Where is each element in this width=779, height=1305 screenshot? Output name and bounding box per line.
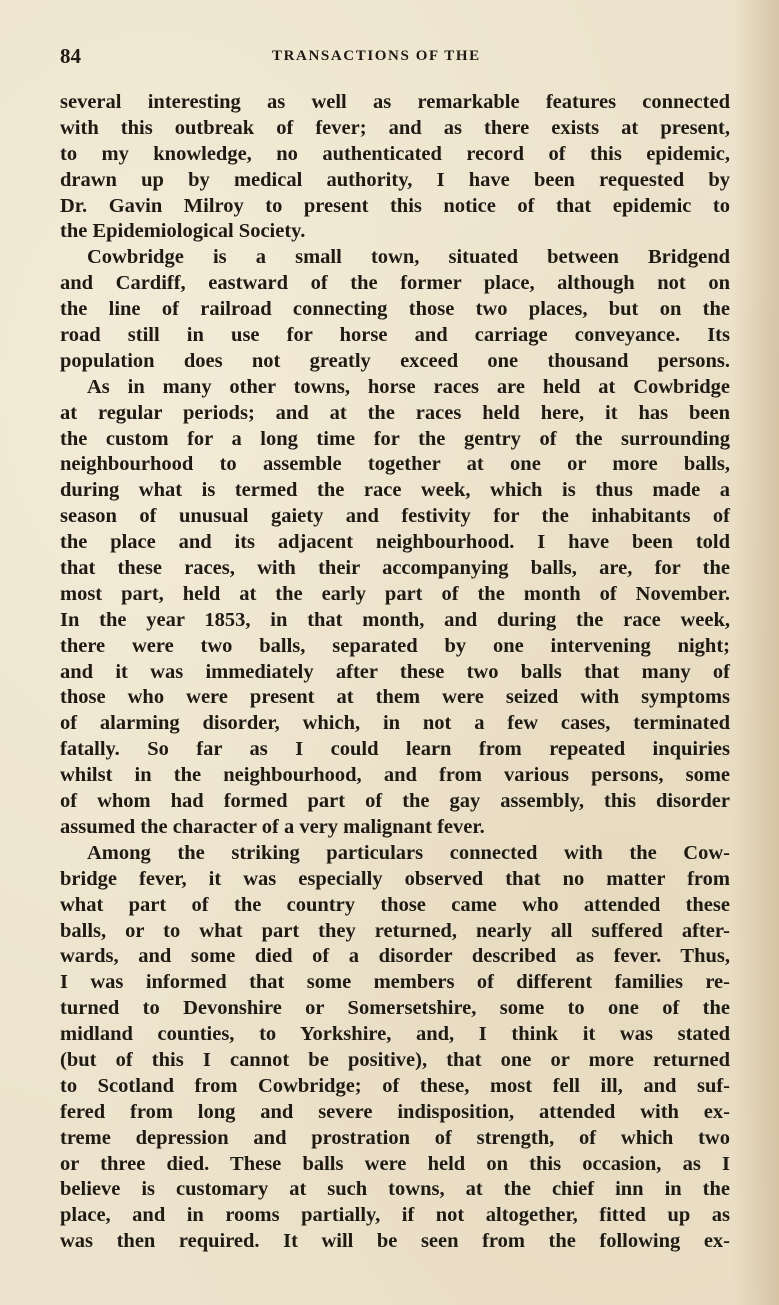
text-line: neighbourhood to assemble together at on… bbox=[60, 452, 730, 478]
text-line: with this outbreak of fever; and as ther… bbox=[60, 116, 730, 142]
text-line: the Epidemiological Society. bbox=[60, 219, 730, 245]
text-line: balls, or to what part they returned, ne… bbox=[60, 919, 730, 945]
text-line: most part, held at the early part of the… bbox=[60, 582, 730, 608]
text-line: midland counties, to Yorkshire, and, I t… bbox=[60, 1022, 730, 1048]
text-line: the place and its adjacent neighbourhood… bbox=[60, 530, 730, 556]
text-line: As in many other towns, horse races are … bbox=[60, 375, 730, 401]
text-line: season of unusual gaiety and festivity f… bbox=[60, 504, 730, 530]
text-line: or three died. These balls were held on … bbox=[60, 1152, 730, 1178]
text-line: what part of the country those came who … bbox=[60, 893, 730, 919]
text-line: population does not greatly exceed one t… bbox=[60, 349, 730, 375]
text-line: I was informed that some members of diff… bbox=[60, 970, 730, 996]
text-line: drawn up by medical authority, I have be… bbox=[60, 168, 730, 194]
text-line: fatally. So far as I could learn from re… bbox=[60, 737, 730, 763]
text-line: wards, and some died of a disorder descr… bbox=[60, 944, 730, 970]
text-line: believe is customary at such towns, at t… bbox=[60, 1177, 730, 1203]
text-line: of whom had formed part of the gay assem… bbox=[60, 789, 730, 815]
text-line: there were two balls, separated by one i… bbox=[60, 634, 730, 660]
text-line: whilst in the neighbourhood, and from va… bbox=[60, 763, 730, 789]
text-line: to Scotland from Cowbridge; of these, mo… bbox=[60, 1074, 730, 1100]
body-text: several interesting as well as remarkabl… bbox=[60, 90, 730, 1255]
text-line: the line of railroad connecting those tw… bbox=[60, 297, 730, 323]
running-head: 84 TRANSACTIONS OF THE bbox=[60, 44, 720, 74]
text-line: to my knowledge, no authenticated record… bbox=[60, 142, 730, 168]
running-title: TRANSACTIONS OF THE bbox=[272, 48, 481, 65]
text-line: treme depression and prostration of stre… bbox=[60, 1126, 730, 1152]
text-line: fered from long and severe indisposition… bbox=[60, 1100, 730, 1126]
text-line: at regular periods; and at the races hel… bbox=[60, 401, 730, 427]
text-line: Dr. Gavin Milroy to present this notice … bbox=[60, 194, 730, 220]
text-line: of alarming disorder, which, in not a fe… bbox=[60, 711, 730, 737]
text-line: was then required. It will be seen from … bbox=[60, 1229, 730, 1255]
text-line: place, and in rooms partially, if not al… bbox=[60, 1203, 730, 1229]
text-line: those who were present at them were seiz… bbox=[60, 685, 730, 711]
text-line: assumed the character of a very malignan… bbox=[60, 815, 730, 841]
text-line: road still in use for horse and carriage… bbox=[60, 323, 730, 349]
text-line: In the year 1853, in that month, and dur… bbox=[60, 608, 730, 634]
text-line: and it was immediately after these two b… bbox=[60, 660, 730, 686]
text-line: turned to Devonshire or Somersetshire, s… bbox=[60, 996, 730, 1022]
book-page: 84 TRANSACTIONS OF THE several interesti… bbox=[0, 0, 779, 1305]
text-line: (but of this I cannot be positive), that… bbox=[60, 1048, 730, 1074]
text-line: that these races, with their accompanyin… bbox=[60, 556, 730, 582]
text-line: Cowbridge is a small town, situated betw… bbox=[60, 245, 730, 271]
text-line: bridge fever, it was especially observed… bbox=[60, 867, 730, 893]
text-line: during what is termed the race week, whi… bbox=[60, 478, 730, 504]
text-line: and Cardiff, eastward of the former plac… bbox=[60, 271, 730, 297]
text-line: several interesting as well as remarkabl… bbox=[60, 90, 730, 116]
text-line: Among the striking particulars connected… bbox=[60, 841, 730, 867]
text-line: the custom for a long time for the gentr… bbox=[60, 427, 730, 453]
page-number: 84 bbox=[60, 44, 81, 69]
